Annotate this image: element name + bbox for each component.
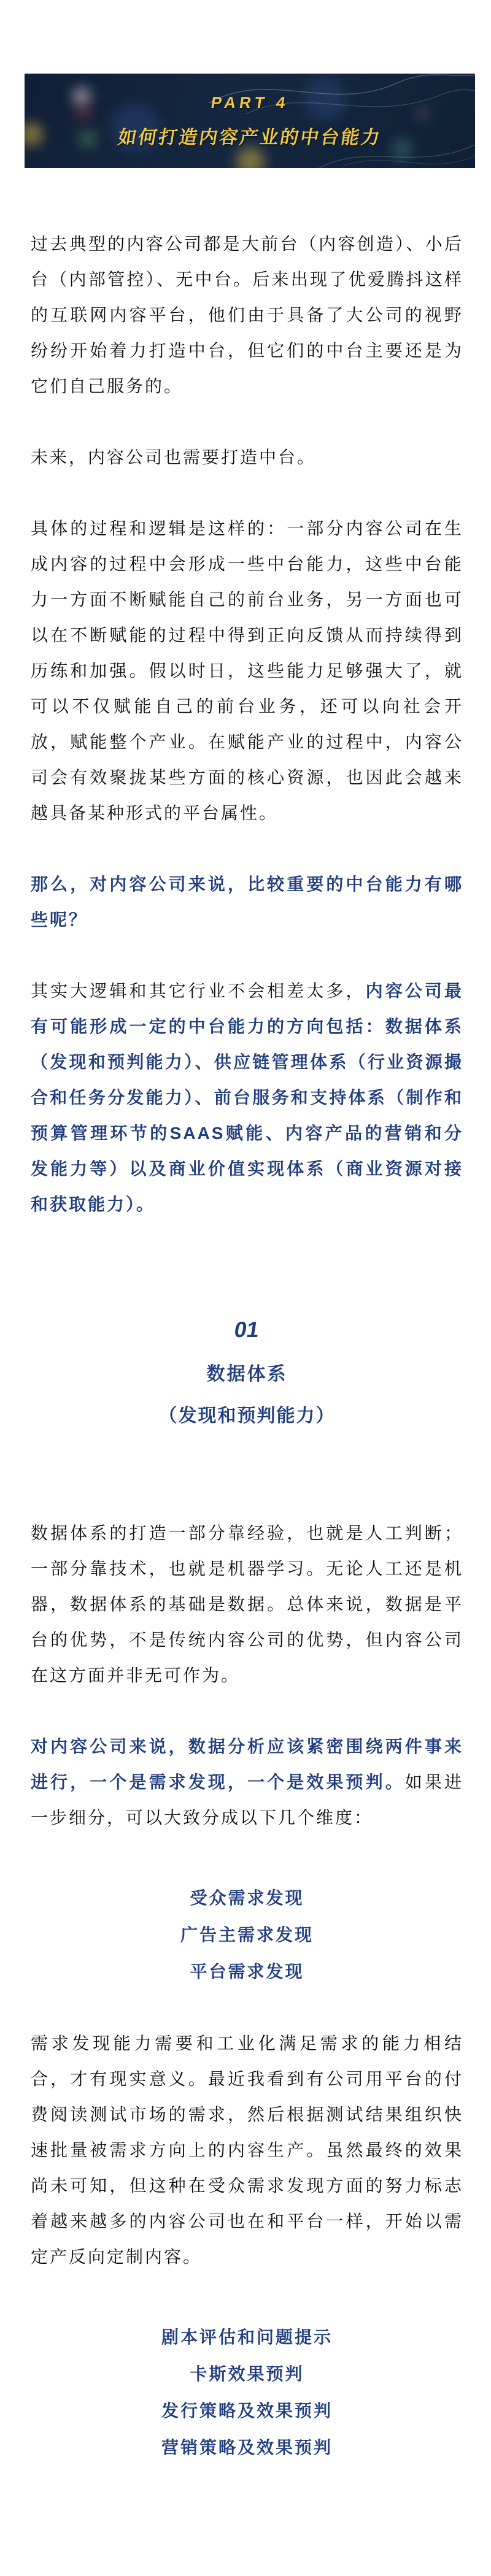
body-text: 具体的过程和逻辑是这样的：一部分内容公司在生成内容的过程中会形成一些中台能力，这… xyxy=(31,519,463,822)
highlight-list-item: 受众需求发现 xyxy=(31,1880,463,1917)
highlight-list-item: 广告主需求发现 xyxy=(31,1917,463,1953)
body-text: 需求发现能力需要和工业化满足需求的能力相结合，才有现实意义。最近我看到有公司用平… xyxy=(31,2034,463,2266)
body-text: 未来，内容公司也需要打造中台。 xyxy=(31,448,316,467)
paragraph: 需求发现能力需要和工业化满足需求的能力相结合，才有现实意义。最近我看到有公司用平… xyxy=(31,2026,463,2275)
paragraph: 数据体系的打造一部分靠经验，也就是人工判断；一部分靠技术，也就是机器学习。无论人… xyxy=(31,1516,463,1693)
body-text: 其实大逻辑和其它行业不会相差太多， xyxy=(31,981,366,1000)
banner-title: 如何打造内容产业的中台能力 xyxy=(118,122,382,149)
section-number-text: 01 xyxy=(233,1314,262,1345)
section-banner: PART 4 如何打造内容产业的中台能力 xyxy=(25,74,475,168)
body-text: 过去典型的内容公司都是大前台（内容创造）、小后台（内部管控）、无中台。后来出现了… xyxy=(31,234,463,396)
emphasis-text: 对内容公司来说，数据分析应该紧密围绕两件事来进行，一个是需求发现，一个是效果预判… xyxy=(31,1737,463,1792)
section-title: 数据体系 xyxy=(31,1357,463,1392)
paragraph: 未来，内容公司也需要打造中台。 xyxy=(31,440,463,475)
body-text: 数据体系的打造一部分靠经验，也就是人工判断；一部分靠技术，也就是机器学习。无论人… xyxy=(31,1524,463,1685)
section-number: 01 xyxy=(31,1314,463,1345)
highlight-list-item: 营销策略及效果预判 xyxy=(31,2429,463,2466)
highlight-list-item: 发行策略及效果预判 xyxy=(31,2393,463,2429)
paragraph: 那么，对内容公司来说，比较重要的中台能力有哪些呢？ xyxy=(31,867,463,938)
paragraph: 具体的过程和逻辑是这样的：一部分内容公司在生成内容的过程中会形成一些中台能力，这… xyxy=(31,511,463,831)
highlight-list-item: 平台需求发现 xyxy=(31,1953,463,1990)
section-subtitle: （发现和预判能力） xyxy=(31,1399,463,1433)
article-body: 过去典型的内容公司都是大前台（内容创造）、小后台（内部管控）、无中台。后来出现了… xyxy=(0,226,491,2524)
highlight-list: 剧本评估和问题提示卡斯效果预判发行策略及效果预判营销策略及效果预判 xyxy=(31,2319,463,2466)
section-heading: 01数据体系（发现和预判能力） xyxy=(31,1314,463,1433)
paragraph: 其实大逻辑和其它行业不会相差太多，内容公司最有可能形成一定的中台能力的方向包括：… xyxy=(31,973,463,1222)
highlight-list: 受众需求发现广告主需求发现平台需求发现 xyxy=(31,1880,463,1990)
paragraph: 过去典型的内容公司都是大前台（内容创造）、小后台（内部管控）、无中台。后来出现了… xyxy=(31,226,463,404)
page: PART 4 如何打造内容产业的中台能力 过去典型的内容公司都是大前台（内容创造… xyxy=(0,74,491,2524)
banner-part-label: PART 4 xyxy=(211,93,289,112)
highlight-list-item: 卡斯效果预判 xyxy=(31,2356,463,2393)
highlight-list-item: 剧本评估和问题提示 xyxy=(31,2319,463,2356)
emphasis-text: 内容公司最有可能形成一定的中台能力的方向包括：数据体系（发现和预判能力）、供应链… xyxy=(31,981,463,1214)
banner-text-group: PART 4 如何打造内容产业的中台能力 xyxy=(25,74,475,168)
emphasis-text: 那么，对内容公司来说，比较重要的中台能力有哪些呢？ xyxy=(31,875,463,929)
paragraph: 对内容公司来说，数据分析应该紧密围绕两件事来进行，一个是需求发现，一个是效果预判… xyxy=(31,1729,463,1836)
